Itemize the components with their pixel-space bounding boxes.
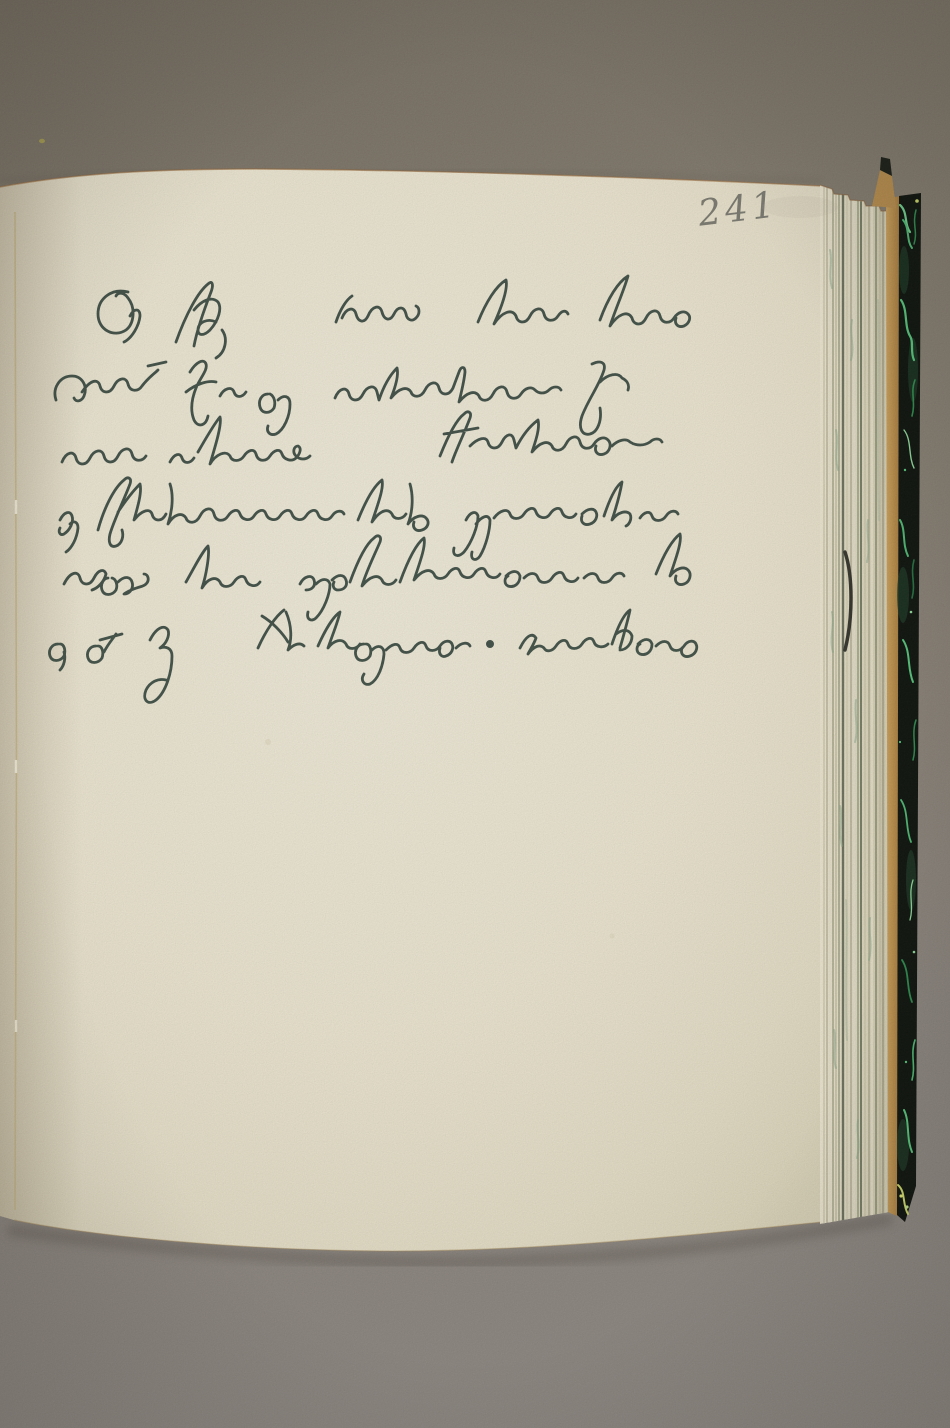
manuscript-photo: 241: [0, 0, 950, 1428]
vignette: [0, 0, 950, 1428]
photograph-stage: 241: [0, 0, 950, 1428]
